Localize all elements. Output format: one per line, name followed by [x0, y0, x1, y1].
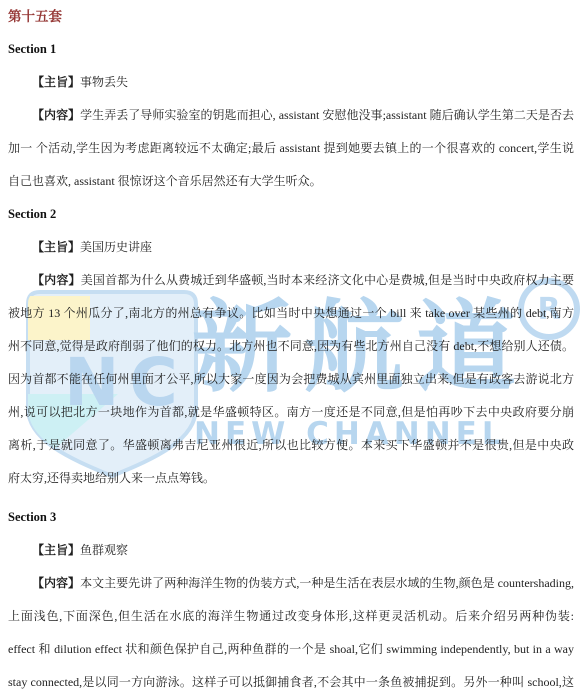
- section-1-heading: Section 1: [8, 33, 574, 66]
- content-label: 【内容】: [32, 273, 81, 287]
- section-2-content-line: 州不同意,觉得是政府削弱了他们的权力。北方州也不同意,因为有些北方州自己没有 d…: [8, 330, 574, 363]
- topic-text: 鱼群观察: [80, 543, 128, 557]
- section-3-content-line: effect 和 dilution effect 状和颜色保护自己,两种鱼群的一…: [8, 633, 574, 666]
- topic-label: 【主旨】: [32, 75, 80, 89]
- section-1-content-line: 自己也喜欢, assistant 很惊讶这个音乐居然还有大学生听众。: [8, 165, 574, 198]
- section-3-content-line: 上面浅色,下面深色,但生活在水底的海洋生物通过改变身体形,这样更灵活机动。后来介…: [8, 600, 574, 633]
- topic-text: 美国历史讲座: [80, 240, 152, 254]
- section-1-topic-line: 【主旨】事物丢失: [8, 66, 574, 99]
- content-text: 学生弄丢了导师实验室的钥匙而担心, assistant 安慰他没事;assist…: [8, 108, 574, 132]
- section-3-content-line: stay connected,是以同一方向游泳。这样子可以抵御捕食者,不会其中一…: [8, 666, 574, 698]
- content-label: 【内容】: [32, 108, 80, 122]
- topic-label: 【主旨】: [32, 543, 80, 557]
- section-2-content-line: 州,说可以把北方一块地作为首都,就是华盛顿特区。南方一度还是不同意,但是怕再吵下…: [8, 396, 574, 429]
- section-2-content-line: 府太穷,还得卖地给别人来一点点筹钱。: [8, 462, 574, 495]
- content-label: 【内容】: [32, 576, 80, 590]
- section-3-topic-line: 【主旨】鱼群观察: [8, 534, 574, 567]
- section-1-content-line: 加一 个活动,学生因为考虑距离较远不太确定;最后 assistant 提到她要去…: [8, 132, 574, 165]
- section-2-content-line: 因为首都不能在任何州里面才公平,所以大家一度因为会把费城从宾州里面独立出来,但是…: [8, 363, 574, 396]
- document-page: NC 新航道 NEW CHANNEL R 第十五套 Section 1 【主旨】…: [0, 0, 582, 698]
- section-3-heading: Section 3: [8, 501, 574, 534]
- section-2-content-line: 【内容】美国首都为什么从费城迁到华盛顿,当时本来经济文化中心是费城,但是当时中央…: [8, 264, 574, 297]
- topic-text: 事物丢失: [80, 75, 128, 89]
- section-2-topic-line: 【主旨】美国历史讲座: [8, 231, 574, 264]
- section-3-content-line: 【内容】本文主要先讲了两种海洋生物的伪装方式,一种是生活在表层水域的生物,颜色是…: [8, 567, 574, 600]
- section-1-content-line: 【内容】学生弄丢了导师实验室的钥匙而担心, assistant 安慰他没事;as…: [8, 99, 574, 132]
- section-2-heading: Section 2: [8, 198, 574, 231]
- content-text: 本文主要先讲了两种海洋生物的伪装方式,一种是生活在表层水域的生物,颜色是 cou…: [80, 576, 574, 590]
- section-2-content-line: 被地方 13 个州瓜分了,南北方的州总有争议。比如当时中央想通过一个 bill …: [8, 297, 574, 330]
- document-content: 第十五套 Section 1 【主旨】事物丢失 【内容】学生弄丢了导师实验室的钥…: [0, 0, 582, 698]
- section-2-content-line: 离析,于是就同意了。华盛顿离弗吉尼亚州很近,所以也比较方便。本来买下华盛顿并不是…: [8, 429, 574, 462]
- topic-label: 【主旨】: [32, 240, 80, 254]
- doc-title: 第十五套: [8, 0, 574, 33]
- content-text: 美国首都为什么从费城迁到华盛顿,当时本来经济文化中心是费城,但是当时中央政府权力…: [81, 273, 574, 287]
